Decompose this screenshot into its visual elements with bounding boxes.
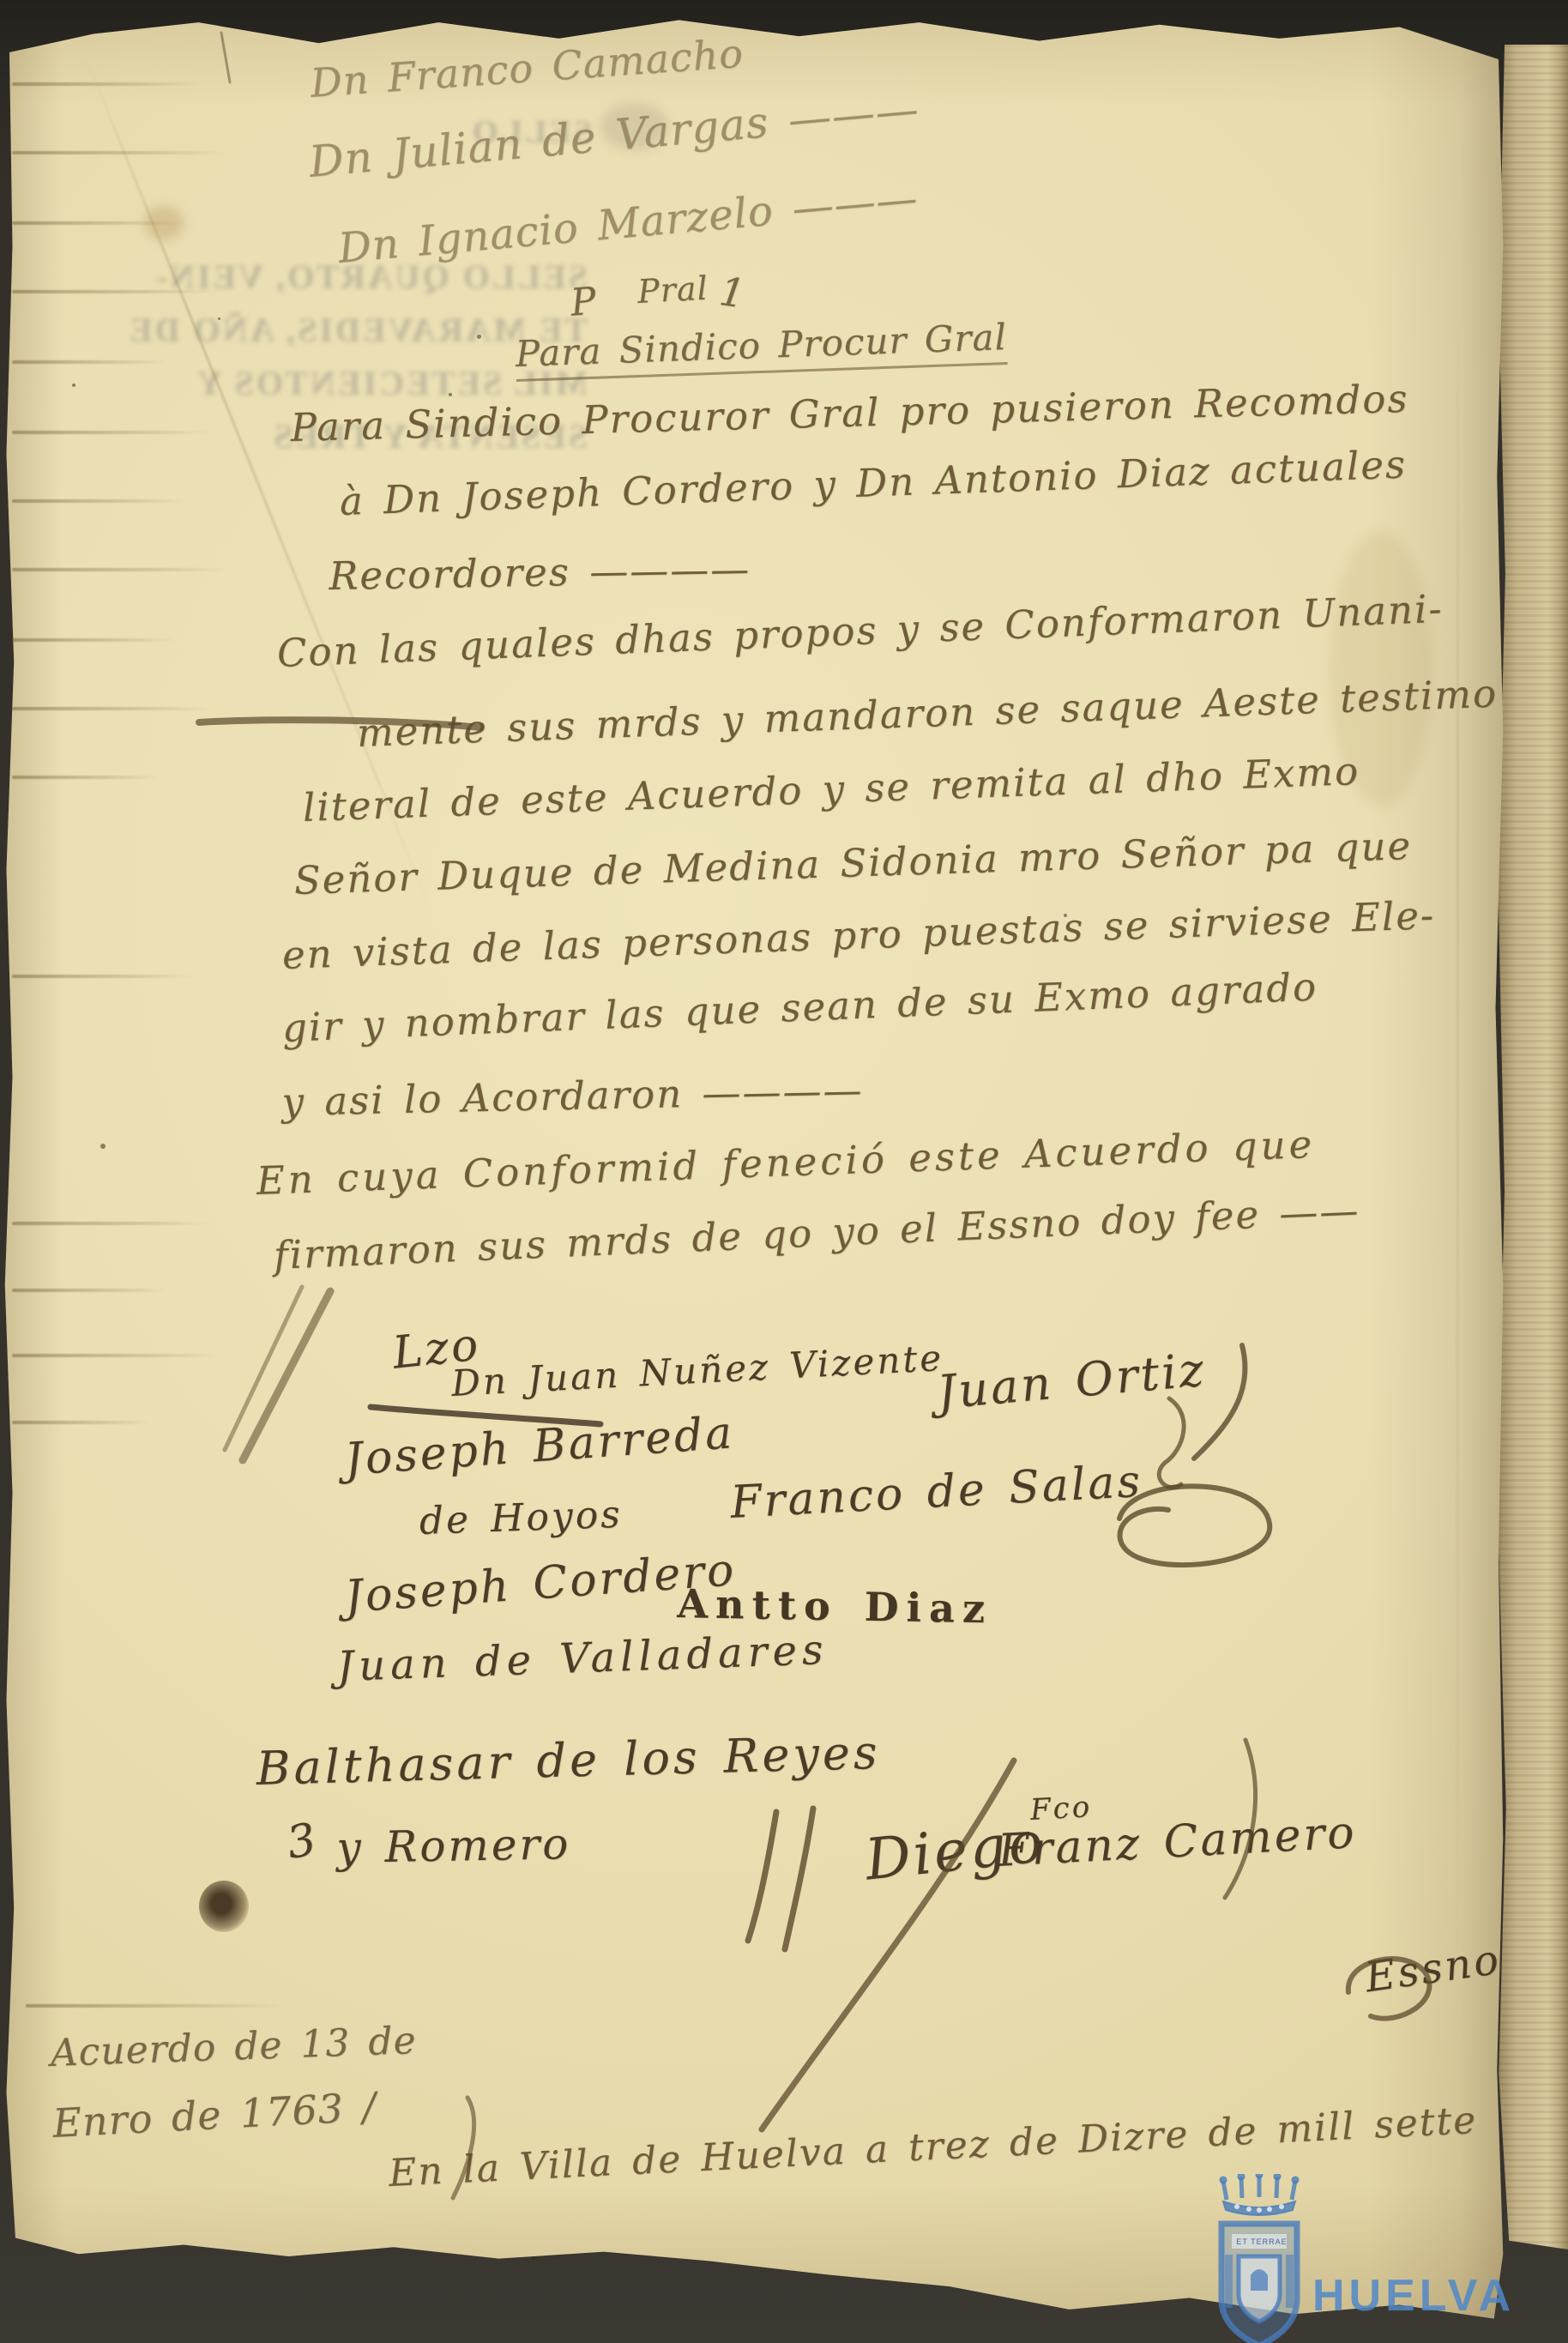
crease-line <box>12 975 192 978</box>
crease-line <box>12 1421 149 1424</box>
crease-line <box>26 2004 283 2008</box>
stain <box>144 206 184 240</box>
crease-line <box>12 1354 218 1357</box>
speck <box>532 2256 535 2260</box>
margin-mark: Pral <box>636 269 709 311</box>
signature-de-hoyos: de Hoyos <box>419 1493 624 1543</box>
crease-line <box>12 1289 166 1292</box>
margin-mark: P <box>569 279 599 324</box>
huelva-watermark-label: HUELVA <box>1312 2270 1515 2322</box>
huelva-watermark: ET TERRAE HUELVA <box>1199 2169 1568 2343</box>
crease-line <box>12 568 226 571</box>
crease-line <box>12 638 175 642</box>
scanned-manuscript-page: SELLO SELLO QUARTO, VEIN- TE MARAVEDIS, … <box>0 0 1568 2343</box>
crease-line <box>12 151 226 154</box>
speck <box>100 1144 106 1149</box>
book-fore-edge <box>1494 45 1568 2249</box>
crease-line <box>12 499 184 503</box>
ink-blot <box>199 1881 249 1932</box>
crease-line <box>12 82 201 86</box>
page-curl-crease <box>1456 223 1459 2068</box>
shield-motto-text: ET TERRAE <box>1232 2237 1292 2246</box>
signature-y-romero: y Romero <box>336 1819 571 1873</box>
manuscript-line: Recordores ———— <box>329 546 751 599</box>
speck <box>72 383 75 387</box>
crease-line <box>12 707 209 710</box>
crown-icon <box>1215 2174 1304 2220</box>
signature-antonio-diaz: Antto Diaz <box>677 1580 993 1632</box>
crease-line <box>12 1222 209 1225</box>
crease-line <box>12 776 158 779</box>
